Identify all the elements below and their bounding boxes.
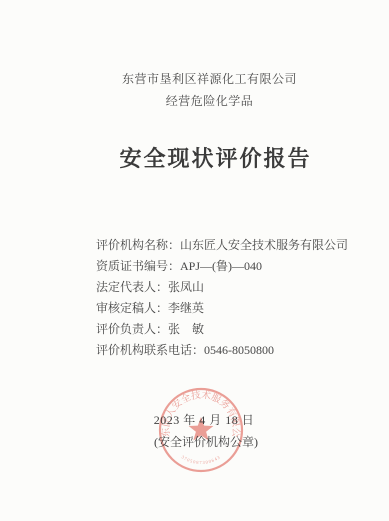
field-row-agency-name: 评价机构名称：山东匠人安全技术服务有限公司: [96, 235, 348, 256]
field-row-contact-phone: 评价机构联系电话：0546-8050800: [96, 340, 348, 361]
company-name: 东营市垦利区祥源化工有限公司: [0, 70, 389, 87]
field-value: 0546-8050800: [204, 343, 274, 357]
field-row-certificate-no: 资质证书编号：APJ—(鲁)—040: [96, 256, 348, 277]
red-seal-stamp: 山东匠人安全技术服务有限公司 3705087300643: [141, 370, 261, 490]
field-label: 法定代表人：: [96, 280, 168, 294]
field-row-evaluation-leader: 评价负责人：张 敏: [96, 319, 348, 340]
field-row-reviewer: 审核定稿人：李继英: [96, 298, 348, 319]
report-title: 安全现状评价报告: [0, 142, 389, 173]
field-label: 评价机构名称：: [96, 238, 180, 252]
seal-serial-number: 3705087300643: [181, 454, 222, 465]
field-value: 李继英: [168, 301, 204, 315]
field-label: 评价负责人：: [96, 322, 168, 336]
business-scope: 经营危险化学品: [0, 92, 389, 109]
report-cover-page: 东营市垦利区祥源化工有限公司 经营危险化学品 安全现状评价报告 评价机构名称：山…: [0, 0, 389, 521]
field-row-legal-representative: 法定代表人：张凤山: [96, 277, 348, 298]
field-label: 审核定稿人：: [96, 301, 168, 315]
field-value: APJ—(鲁)—040: [180, 259, 262, 273]
field-value: 张 敏: [168, 322, 204, 336]
field-value: 山东匠人安全技术服务有限公司: [180, 238, 348, 252]
field-label: 评价机构联系电话：: [96, 343, 204, 357]
seal-caption: (安全评价机构公章): [0, 433, 389, 450]
field-value: 张凤山: [168, 280, 204, 294]
agency-info-block: 评价机构名称：山东匠人安全技术服务有限公司 资质证书编号：APJ—(鲁)—040…: [96, 235, 348, 361]
report-date: 2023 年 4 月 18 日: [0, 411, 389, 428]
field-label: 资质证书编号：: [96, 259, 180, 273]
